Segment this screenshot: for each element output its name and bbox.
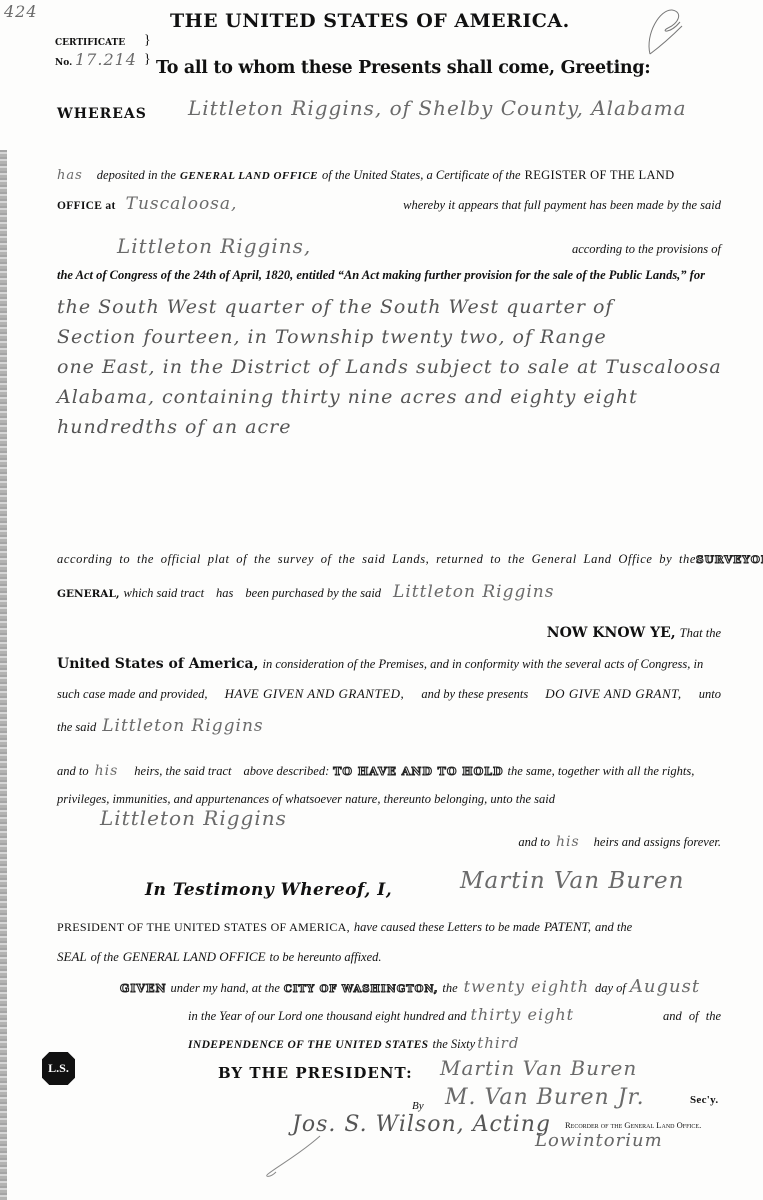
para1-line3: Littleton Riggins, according to the prov… xyxy=(57,234,721,258)
do-give-and-grant: DO GIVE AND GRANT, xyxy=(545,686,681,702)
para3-line2: such case made and provided, HAVE GIVEN … xyxy=(57,686,721,702)
text: under my hand, at the xyxy=(171,981,280,996)
surveyor-label: SURVEYOR xyxy=(696,554,763,566)
para1-line2: OFFICE at Tuscaloosa, whereby it appears… xyxy=(57,194,721,214)
given-line: GIVEN under my hand, at the CITY OF WASH… xyxy=(120,976,721,997)
grantee-name: Littleton Riggins xyxy=(100,806,287,830)
grantee-name-county: Littleton Riggins, of Shelby County, Ala… xyxy=(188,96,687,120)
text: has xyxy=(216,586,233,601)
to-have-and-to-hold: TO HAVE AND TO HOLD xyxy=(333,765,503,778)
text: according to the official plat of the su… xyxy=(57,552,696,567)
in-testimony-whereof: In Testimony Whereof, I, xyxy=(145,880,392,900)
text: That the xyxy=(680,626,721,641)
certificate-no-label: No. xyxy=(55,58,72,68)
recorder-label: Recorder of the General Land Office. xyxy=(565,1120,701,1130)
handwritten-his: his xyxy=(556,834,580,850)
land-description-line: hundredths of an acre xyxy=(57,412,722,442)
text: heirs and assigns forever. xyxy=(594,835,721,850)
register-text: REGISTER OF THE LAND xyxy=(525,168,675,183)
grantee-name: Littleton Riggins xyxy=(102,716,263,736)
text: and by these presents xyxy=(421,687,528,702)
text: above described: xyxy=(244,764,330,779)
para2-line1: according to the official plat of the su… xyxy=(57,552,721,567)
now-know-ye-line: NOW KNOW YE, That the xyxy=(57,624,721,642)
seal-label: SEAL xyxy=(57,949,87,965)
text: day of xyxy=(595,981,626,996)
city-of-washington: CITY OF WASHINGTON, xyxy=(284,984,439,995)
text: the same, together with all the rights, xyxy=(508,764,695,779)
certificate-number: 17.214 xyxy=(75,50,137,69)
recorder-signature-2: Lowintorium xyxy=(535,1130,663,1151)
text: the Sixty xyxy=(432,1037,475,1052)
para3-line1: United States of America, in considerati… xyxy=(57,655,721,673)
handwritten-page-number: 424 xyxy=(4,2,38,21)
text: such case made and provided, xyxy=(57,687,208,702)
by-label: By xyxy=(412,1100,424,1112)
salutation: To all to whom these Presents shall come… xyxy=(156,58,650,78)
text: PRESIDENT OF THE UNITED STATES OF AMERIC… xyxy=(57,920,350,935)
testimony-line2: PRESIDENT OF THE UNITED STATES OF AMERIC… xyxy=(57,918,721,936)
handwritten-month: August xyxy=(630,976,700,997)
signature-flourish xyxy=(260,1130,340,1180)
ls-seal: L.S. xyxy=(42,1052,75,1085)
text: have caused these Letters to be made xyxy=(354,920,540,935)
brace: } xyxy=(144,52,151,68)
brace: } xyxy=(144,33,151,49)
text: to be hereunto affixed. xyxy=(270,950,382,965)
patent-label: PATENT, xyxy=(544,919,591,935)
secretary-signature: M. Van Buren Jr. xyxy=(445,1085,645,1110)
marginal-loop-mark xyxy=(640,4,690,64)
general-land-office: GENERAL LAND OFFICE xyxy=(123,949,266,965)
secy-label: Sec'y. xyxy=(690,1094,718,1106)
text: and of the xyxy=(663,1009,721,1024)
independence-of-the-united-states: INDEPENDENCE OF THE UNITED STATES xyxy=(188,1039,428,1051)
general-label: GENERAL, xyxy=(57,588,119,600)
have-given-and-granted: HAVE GIVEN AND GRANTED, xyxy=(225,686,405,702)
text: privileges, immunities, and appurtenance… xyxy=(57,792,555,807)
act-line: the Act of Congress of the 24th of April… xyxy=(57,268,721,283)
president-name-handwritten: Martin Van Buren xyxy=(460,868,684,894)
land-description: the South West quarter of the South West… xyxy=(57,292,722,442)
binding-edge xyxy=(0,150,7,1200)
handwritten-has: has xyxy=(57,168,83,183)
para4-line1: and to his heirs, the said tract above d… xyxy=(57,762,721,780)
now-know-ye: NOW KNOW YE, xyxy=(547,625,676,641)
testimony-line3: SEAL of the GENERAL LAND OFFICE to be he… xyxy=(57,948,721,966)
independence-line: INDEPENDENCE OF THE UNITED STATES the Si… xyxy=(188,1034,519,1053)
text: and to xyxy=(57,764,89,779)
office-at-label: OFFICE at xyxy=(57,200,116,212)
text: in consideration of the Premises, and in… xyxy=(263,657,704,672)
land-description-line: Section fourteen, in Township twenty two… xyxy=(57,322,722,352)
grantee-name: Littleton Riggins, xyxy=(117,234,311,258)
land-description-line: Alabama, containing thirty nine acres an… xyxy=(57,382,722,412)
para1-line1: has deposited in the GENERAL LAND OFFICE… xyxy=(57,166,721,184)
text: been purchased by the said xyxy=(245,586,381,601)
act-text: the Act of Congress of the 24th of April… xyxy=(57,268,705,283)
para4-line2: privileges, immunities, and appurtenance… xyxy=(57,792,721,807)
text: the said xyxy=(57,720,96,735)
text: and to xyxy=(518,835,550,850)
grantee-name: Littleton Riggins xyxy=(393,582,554,602)
handwritten-his: his xyxy=(95,763,119,779)
document-title: THE UNITED STATES OF AMERICA. xyxy=(170,10,570,32)
handwritten-day: twenty eighth xyxy=(464,977,589,996)
general-land-office: GENERAL LAND OFFICE xyxy=(180,170,318,182)
certificate-label: CERTIFICATE xyxy=(55,38,125,48)
para4-line3: and to his heirs and assigns forever. xyxy=(57,834,721,850)
para3-line3: the said Littleton Riggins xyxy=(57,716,721,736)
president-signature: Martin Van Buren xyxy=(440,1056,637,1080)
text: in the Year of our Lord one thousand eig… xyxy=(188,1009,466,1024)
whereas-label: WHEREAS xyxy=(57,106,147,122)
handwritten-ordinal: third xyxy=(477,1034,519,1052)
year-line: in the Year of our Lord one thousand eig… xyxy=(188,1005,721,1024)
land-description-line: the South West quarter of the South West… xyxy=(57,292,722,322)
text: whereby it appears that full payment has… xyxy=(403,198,721,213)
para2-line2: GENERAL, which said tract has been purch… xyxy=(57,582,721,602)
given-label: GIVEN xyxy=(120,982,167,995)
by-the-president: BY THE PRESIDENT: xyxy=(218,1064,413,1082)
text: of the xyxy=(91,950,119,965)
text: heirs, the said tract xyxy=(134,764,231,779)
text: according to the provisions of xyxy=(572,242,721,257)
land-office-location: Tuscaloosa, xyxy=(126,194,238,214)
united-states-of-america: United States of America, xyxy=(57,656,259,672)
text: unto xyxy=(699,687,721,702)
land-patent-page: 424 THE UNITED STATES OF AMERICA. CERTIF… xyxy=(0,0,763,1200)
text: and the xyxy=(595,920,632,935)
text: of the United States, a Certificate of t… xyxy=(322,168,521,183)
handwritten-year: thirty eight xyxy=(470,1005,574,1024)
text: the xyxy=(442,981,457,996)
land-description-line: one East, in the District of Lands subje… xyxy=(57,352,722,382)
text: deposited in the xyxy=(97,168,176,183)
text: which said tract xyxy=(123,586,204,601)
